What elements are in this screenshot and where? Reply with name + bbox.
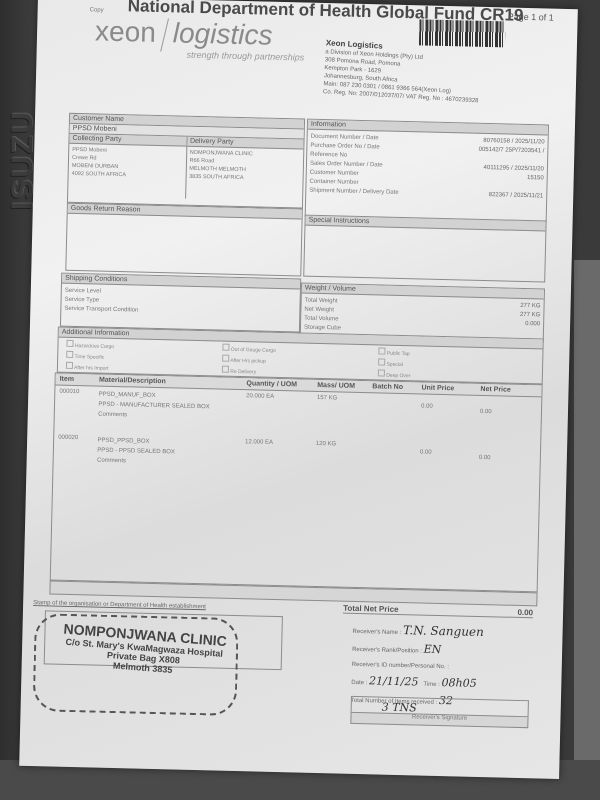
total-net-price-label: Total Net Price [343,604,399,614]
total-net-price-value: 0.00 [517,608,533,617]
logo-primary: xeon [95,15,156,47]
tagline: strength through partnerships [186,50,304,63]
weight-row-value: 0.000 [525,321,540,327]
column-header: Quantity / UOM [246,380,317,389]
table-cell: PPSD_MANUF_BOXPPSD - MANUFACTURER SEALED… [98,390,246,434]
info-row-value: 80760158 / 2025/11/20 [483,137,544,144]
company-logo: xeonlogistics [95,15,273,54]
logo-secondary: logistics [172,17,272,50]
info-row-value: 005142/7 25P/7203541 / [479,146,545,154]
option-label: After Hrs pickup [229,358,266,365]
table-cell [371,396,421,437]
column-header: Item [60,376,100,384]
table-cell: 157 KG [316,395,372,436]
info-row-label: Document Number / Date [311,133,379,141]
information-block: Information Document Number / Date807601… [305,119,549,223]
copy-label: Copy [90,7,104,13]
table-cell: 12.000 EA [244,439,316,481]
weight-row-label: Storage Cube [304,324,341,331]
column-header: Batch No [372,383,421,391]
barcode [419,19,506,47]
table-cell: 0.00 [479,399,537,440]
weight-row-value: 277 KG [520,302,540,308]
table-cell: 000010 [58,389,98,430]
column-header: Unit Price [421,384,480,392]
company-address: Xeon Logistics a Division of Xeon Holdin… [323,39,546,109]
option-label: Public Tap [385,351,410,358]
total-net-price: Total Net Price 0.00 [343,604,533,619]
delivery-party-line: 3835 SOUTH AFRICA [189,173,300,184]
weight-row-label: Total Volume [304,315,338,322]
info-row-value: 40111295 / 2025/11/20 [483,164,544,171]
goods-return-block: Goods Return Reason [65,203,303,277]
background-right [574,260,600,800]
info-row-label: Shipment Number / Delivery Date [309,187,398,195]
collecting-party-line: 4092 SOUTH AFRICA [72,170,183,181]
special-instructions-block: Special Instructions [303,215,546,283]
receiver-id-label: Receiver's ID number/Personal No. : [352,662,449,670]
delivery-party: Delivery Party NOMPONJWANA CLINICR66 Roa… [186,137,304,202]
table-cell: 0.00 [478,445,536,486]
column-header: Material/Description [99,377,247,388]
shipping-row-label: Service Type [65,296,100,303]
weight-row-label: Net Weight [304,306,334,313]
info-row-label: Reference No [310,151,347,158]
stamp-box-label: Stamp of the organisation or Department … [33,600,206,610]
option-label: Time Specific [73,354,104,361]
info-row-label: Container Number [309,178,358,185]
delivery-note: Copy National Department of Health Globa… [19,0,578,779]
page-indicator: Page 1 of 1 [508,11,554,22]
option-label: After hrs Import [73,365,109,372]
shipping-conditions-block: Shipping Conditions Service LevelService… [60,273,301,333]
info-row-label: Customer Number [310,169,359,176]
info-row-value: 15150 [527,175,544,181]
table-cell: 0.00 [419,443,479,484]
table-cell: 120 KG [315,441,371,482]
info-row-value: 822367 / 2025/11/21 [489,192,544,199]
weight-row-label: Total Weight [305,297,338,304]
receiver-rank-label: Receiver's Rank/Position : [352,647,422,655]
customer-block: Customer Name PPSD Mobeni Collecting Par… [67,113,305,209]
option-label: Special [385,362,403,368]
column-header: Net Price [480,386,537,394]
column-header: Mass/ UOM [317,382,372,390]
table-cell [370,442,420,483]
receiver-name-value: T.N. Sanguen [403,623,484,639]
table-cell: 000020 [57,435,97,476]
date-value: 21/11/25 [369,674,419,688]
date-label: Date : [351,680,367,686]
collecting-party: Collecting Party PPSD MobeniCrewe RdMOBE… [68,134,187,199]
option-label: Out of Gauge Cargo [229,347,276,354]
time-value: 08h05 [441,676,476,690]
weight-row-value: 277 KG [520,311,540,317]
option-label: Hazardous Cargo [73,343,114,350]
table-cell: PPSD_PPSD_BOXPPSD - PPSD SEALED BOXComme… [97,436,245,480]
receiver-name-label: Receiver's Name : [352,629,401,636]
receiver-rank-value: EN [424,643,442,656]
items-table: ItemMaterial/DescriptionQuantity / UOMMa… [50,373,543,593]
shipping-row-label: Service Transport Condition [64,305,138,313]
table-cell: 20.000 EA [245,393,317,435]
option-label: Re Delivery [229,369,256,376]
shipping-row-label: Service Level [65,287,101,294]
info-row-label: Sales Order Number / Date [310,160,383,168]
info-row-label: Purchase Order No / Date [310,142,380,150]
table-cell: 0.00 [420,397,480,438]
option-label: Deep Over [385,373,411,380]
time-label: Time : [423,682,440,688]
